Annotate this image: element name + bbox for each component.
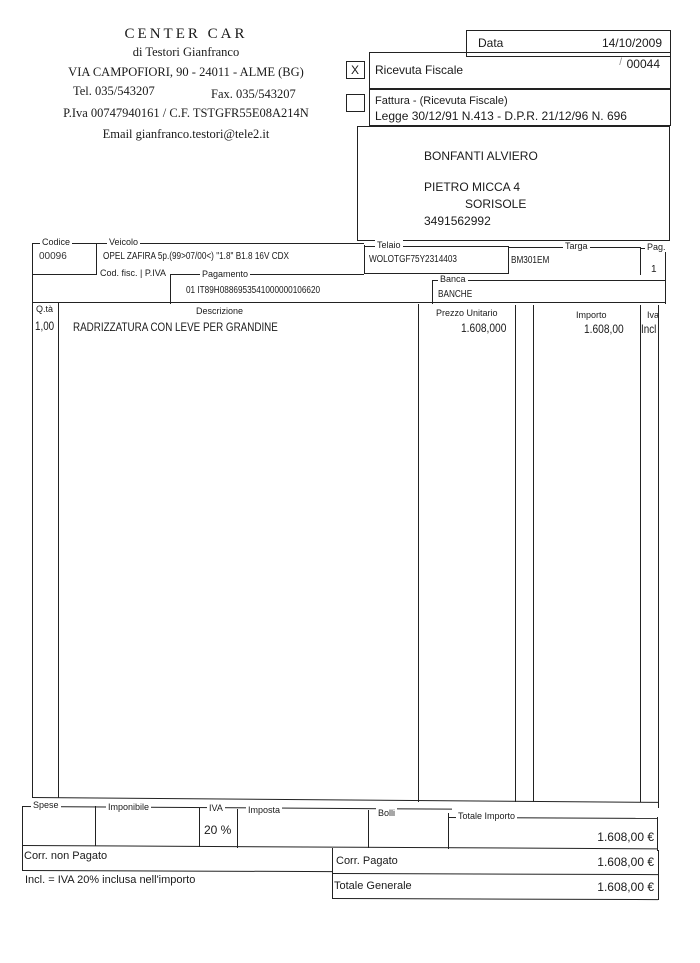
issuer-tax-ids: P.Iva 00747940161 / C.F. TSTGFR55E08A214… [58,106,314,121]
totale-generale-value: 1.608,00 € [597,880,654,894]
customer-street: PIETRO MICCA 4 [424,180,520,194]
document-number: 00044 [627,57,660,71]
date-label: Data [478,36,503,50]
targa-value: BM301EM [511,255,558,266]
corr-non-pagato-label: Corr. non Pagato [24,850,107,862]
corr-pagato-label: Corr. Pagato [336,855,398,867]
corr-pagato-value: 1.608,00 € [597,855,654,869]
issuer-email: Email gianfranco.testori@tele2.it [60,127,312,142]
codice-value: 00096 [39,251,67,262]
telaio-value: WOLOTGF75Y2314403 [369,254,476,265]
totale-importo-value: 1.608,00 € [597,830,654,844]
fattura-checkbox[interactable] [346,94,365,112]
iva-label: IVA [207,803,225,813]
page-number: 1 [651,264,657,275]
imposta-label: Imposta [246,805,282,815]
issuer-fax: Fax. 035/543207 [211,87,296,102]
veicolo-value: OPEL ZAFIRA 5p.(99>07/00<) "1.8" B1.8 16… [103,251,330,262]
totale-importo-label: Totale Importo [456,811,517,821]
fattura-label: Fattura - (Ricevuta Fiscale) [375,95,508,107]
row-amount: 1.608,00 [577,322,624,336]
row-qty: 1,00 [35,319,58,333]
pagamento-value: 01 IT89H0886953541000000106620 [186,285,350,296]
issuer-owner: di Testori Gianfranco [60,45,312,60]
codice-label: Codice [40,237,72,247]
row-unit-price: 1.608,000 [453,321,506,335]
spese-label: Spese [31,800,61,810]
issuer-name: CENTER CAR [60,26,312,43]
vat-footnote: Incl. = IVA 20% inclusa nell'importo [25,874,195,886]
column-header-unit-price: Prezzo Unitario [436,308,498,318]
ricevuta-fiscale-box: Ricevuta Fiscale / 00044 [369,52,671,89]
iva-rate: 20 % [204,823,231,837]
banca-value: BANCHE [438,289,480,300]
row-description: RADRIZZATURA CON LEVE PER GRANDINE [73,320,323,334]
ricevuta-check-mark: X [351,63,359,77]
column-header-qty: Q.tà [36,304,53,314]
issuer-address: VIA CAMPOFIORI, 90 - 24011 - ALME (BG) [60,65,312,80]
pag-label: Pag. [645,242,668,252]
codfisc-label: Cod. fisc. | P.IVA [100,268,166,278]
customer-name: BONFANTI ALVIERO [424,149,538,163]
issuer-tel: Tel. 035/543207 [73,84,155,99]
customer-box: BONFANTI ALVIERO PIETRO MICCA 4 SORISOLE… [357,126,670,241]
column-header-amount: Importo [576,310,607,320]
row-vat: Incl [641,322,660,336]
veicolo-label: Veicolo [107,237,140,247]
column-header-description: Descrizione [196,306,243,316]
number-prefix: / [619,57,622,68]
date-value: 14/10/2009 [602,36,662,50]
fattura-legal-ref: Legge 30/12/91 N.413 - D.P.R. 21/12/96 N… [375,109,627,123]
imponibile-label: Imponibile [106,802,151,812]
ricevuta-fiscale-label: Ricevuta Fiscale [375,63,463,77]
banca-label: Banca [438,274,468,284]
bolli-label: Bolli [376,808,397,818]
pagamento-label: Pagamento [200,269,250,279]
customer-phone: 3491562992 [424,214,491,228]
column-header-vat: Iva [647,310,659,320]
totale-generale-label: Totale Generale [334,880,412,892]
targa-label: Targa [563,241,590,251]
telaio-label: Telaio [375,240,403,250]
ricevuta-checkbox[interactable]: X [346,61,365,79]
customer-city: SORISOLE [465,197,526,211]
fattura-box: Fattura - (Ricevuta Fiscale) Legge 30/12… [369,89,671,126]
